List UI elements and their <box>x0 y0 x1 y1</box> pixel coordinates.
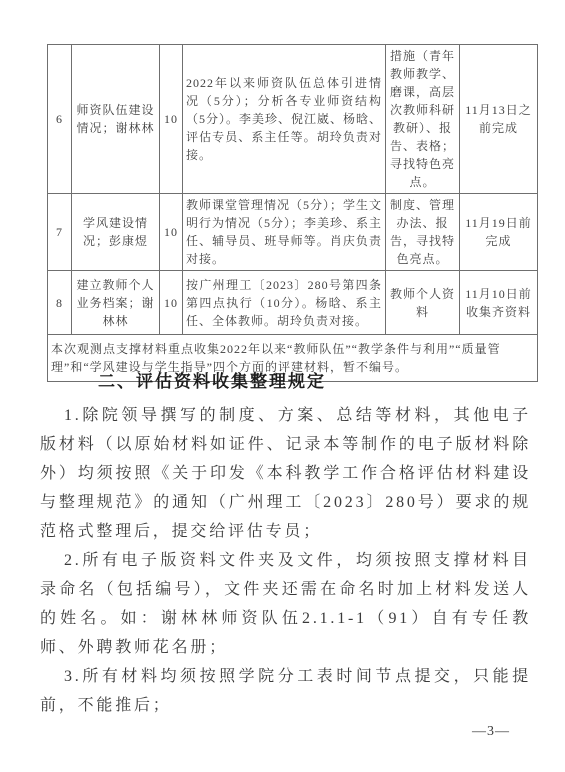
row-number-cell: 7 <box>48 194 72 271</box>
paragraph: 1.除院领导撰写的制度、方案、总结等材料，其他电子版材料（以原始材料如证件、记录… <box>40 401 531 546</box>
paragraph: 3.所有材料均须按照学院分工表时间节点提交，只能提前，不能推后； <box>40 662 531 720</box>
table-row: 6 师资队伍建设情况；谢林林 10 2022年以来师资队伍总体引进情况（5分）；… <box>48 45 538 194</box>
materials-cell: 教师个人资料 <box>386 271 460 335</box>
materials-cell: 措施（青年教师教学、磨课，高层次教师科研教研）、报告、表格；寻找特色亮点。 <box>386 45 460 194</box>
score-cell: 10 <box>160 45 183 194</box>
row-number-cell: 6 <box>48 45 72 194</box>
score-cell: 10 <box>160 271 183 335</box>
table-row: 7 学风建设情况；彭康煜 10 教师课堂管理情况（5分）；学生文明行为情况（5分… <box>48 194 538 271</box>
document-page: 6 师资队伍建设情况；谢林林 10 2022年以来师资队伍总体引进情况（5分）；… <box>0 0 565 772</box>
score-cell: 10 <box>160 194 183 271</box>
item-cell: 建立教师个人业务档案；谢林林 <box>72 271 160 335</box>
description-cell: 2022年以来师资队伍总体引进情况（5分）；分析各专业师资结构（5分）。李美珍、… <box>183 45 386 194</box>
page-number: —3— <box>472 724 510 740</box>
deadline-cell: 11月13日之前完成 <box>460 45 538 194</box>
description-cell: 教师课堂管理情况（5分）；学生文明行为情况（5分）；李美珍、系主任、辅导员、班导… <box>183 194 386 271</box>
table-row: 8 建立教师个人业务档案；谢林林 10 按广州理工〔2023〕280号第四条第四… <box>48 271 538 335</box>
row-number-cell: 8 <box>48 271 72 335</box>
assignment-table: 6 师资队伍建设情况；谢林林 10 2022年以来师资队伍总体引进情况（5分）；… <box>47 44 538 382</box>
paragraph: 2.所有电子版资料文件夹及文件，均须按照支撑材料目录命名（包括编号），文件夹还需… <box>40 546 531 662</box>
item-cell: 师资队伍建设情况；谢林林 <box>72 45 160 194</box>
description-cell: 按广州理工〔2023〕280号第四条第四点执行（10分）。杨晗、系主任、全体教师… <box>183 271 386 335</box>
materials-cell: 制度、管理办法、报告，寻找特色亮点。 <box>386 194 460 271</box>
section-heading: 二、评估资料收集整理规定 <box>98 371 531 393</box>
section-body: 二、评估资料收集整理规定 1.除院领导撰写的制度、方案、总结等材料，其他电子版材… <box>40 371 531 720</box>
deadline-cell: 11月19日前完成 <box>460 194 538 271</box>
deadline-cell: 11月10日前收集齐资料 <box>460 271 538 335</box>
item-cell: 学风建设情况；彭康煜 <box>72 194 160 271</box>
